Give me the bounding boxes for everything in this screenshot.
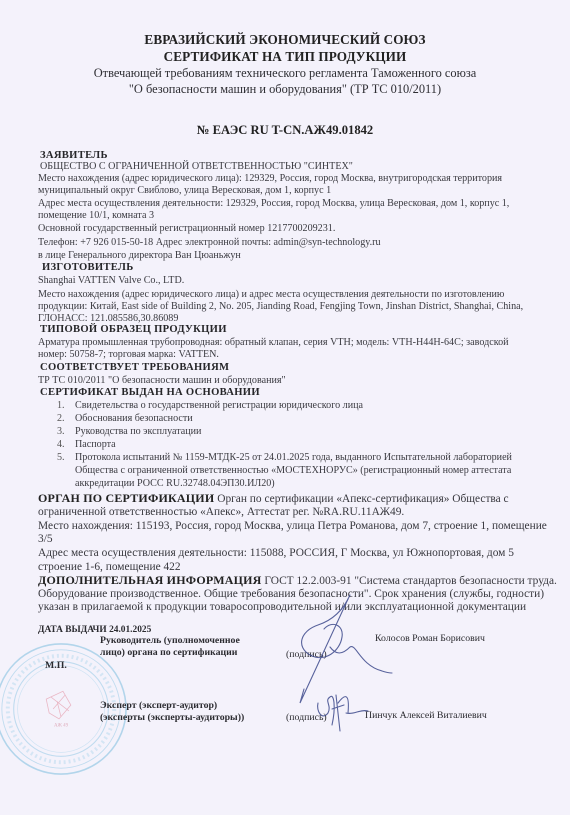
certification-body-line-1: ОРГАН ПО СЕРТИФИКАЦИИ Орган по сертифика…: [38, 492, 509, 506]
applicant-director: в лице Генерального директора Ван Цюаньж…: [38, 250, 241, 262]
svg-text:AЖ 49: AЖ 49: [54, 724, 69, 729]
basis-item-text: Протокола испытаний № 1159-МТДК-25 от 24…: [75, 452, 512, 464]
subtitle-line-2: "О безопасности машин и оборудования" (Т…: [0, 82, 570, 97]
signature-scribble-icon: [270, 585, 430, 745]
basis-item: 1.Свидетельства о государственной регист…: [57, 400, 75, 412]
product-heading: ТИПОВОЙ ОБРАЗЕЦ ПРОДУКЦИИ: [40, 324, 227, 335]
certification-body-activity-1: Адрес места осуществления деятельности: …: [38, 547, 514, 560]
product-line-2: номер: 50758-7; торговая марка: VATTEN.: [38, 349, 219, 361]
basis-item: 5.Протокола испытаний № 1159-МТДК-25 от …: [57, 452, 75, 464]
applicant-contacts: Телефон: +7 926 015-50-18 Адрес электрон…: [38, 237, 381, 249]
compliance-heading: СООТВЕТСТВУЕТ ТРЕБОВАНИЯМ: [40, 362, 229, 373]
applicant-legal-address-2: муниципальный округ Свиблово, улица Вере…: [38, 185, 331, 197]
certification-body-line-2: ограниченной ответственностью «Апекс», А…: [38, 506, 404, 519]
manufacturer-address-1: Место нахождения (адрес юридического лиц…: [38, 289, 504, 301]
basis-item-continuation: аккредитации РОСС RU.32748.04ЭП30.ИЛ20): [57, 478, 75, 490]
applicant-activity-address-1: Адрес места осуществления деятельности: …: [38, 198, 509, 210]
basis-item-number: 2.: [57, 413, 75, 425]
expert-role-line-1: Эксперт (эксперт-аудитор): [100, 700, 217, 712]
manufacturer-heading: ИЗГОТОВИТЕЛЬ: [42, 262, 134, 273]
certificate-title: СЕРТИФИКАТ НА ТИП ПРОДУКЦИИ: [0, 49, 570, 65]
basis-item-text: Обоснования безопасности: [75, 413, 193, 425]
head-role-line-2: лицо) органа по сертификации: [100, 647, 237, 659]
basis-item-continuation: Общества с ограниченной ответственностью…: [57, 465, 75, 477]
applicant-heading: ЗАЯВИТЕЛЬ: [40, 150, 108, 161]
basis-item: 2.Обоснования безопасности: [57, 413, 75, 425]
seal-label: М.П.: [45, 660, 67, 672]
certification-body-heading: ОРГАН ПО СЕРТИФИКАЦИИ: [38, 491, 214, 505]
expert-role-line-2: (эксперты (эксперты-аудиторы)): [100, 712, 244, 724]
basis-item-number: 3.: [57, 426, 75, 438]
basis-item-text: Руководства по эксплуатации: [75, 426, 201, 438]
manufacturer-address-2: продукции: Китай, East side of Building …: [38, 301, 523, 313]
applicant-activity-address-2: помещение 10/1, комната 3: [38, 210, 154, 222]
applicant-legal-address-1: Место нахождения (адрес юридического лиц…: [38, 173, 502, 185]
basis-item: 4.Паспорта: [57, 439, 75, 451]
basis-item-text: аккредитации РОСС RU.32748.04ЭП30.ИЛ20): [75, 478, 275, 490]
basis-heading: СЕРТИФИКАТ ВЫДАН НА ОСНОВАНИИ: [40, 387, 260, 398]
union-title: ЕВРАЗИЙСКИЙ ЭКОНОМИЧЕСКИЙ СОЮЗ: [0, 32, 570, 48]
basis-item-text: Общества с ограниченной ответственностью…: [75, 465, 511, 477]
basis-item: 3.Руководства по эксплуатации: [57, 426, 75, 438]
certification-body-name: Орган по сертификации «Апекс-сертификаци…: [217, 493, 508, 505]
basis-item-text: Свидетельства о государственной регистра…: [75, 400, 363, 412]
certification-body-location-2: 3/5: [38, 533, 53, 546]
certificate-number: № ЕАЭС RU T-CN.АЖ49.01842: [0, 123, 570, 138]
certificate-page: ЕВРАЗИЙСКИЙ ЭКОНОМИЧЕСКИЙ СОЮЗ СЕРТИФИКА…: [0, 0, 570, 815]
basis-item-number: 4.: [57, 439, 75, 451]
applicant-name: ОБЩЕСТВО С ОГРАНИЧЕННОЙ ОТВЕТСТВЕННОСТЬЮ…: [40, 161, 353, 173]
manufacturer-name: Shanghai VATTEN Valve Co., LTD.: [38, 275, 184, 287]
additional-info-heading: ДОПОЛНИТЕЛЬНАЯ ИНФОРМАЦИЯ: [38, 573, 262, 587]
applicant-ogrn: Основной государственный регистрационный…: [38, 223, 335, 235]
product-line-1: Арматура промышленная трубопроводная: об…: [38, 337, 509, 349]
basis-item-text: Паспорта: [75, 439, 116, 451]
basis-item-number: 5.: [57, 452, 75, 464]
basis-item-number: 1.: [57, 400, 75, 412]
head-role-line-1: Руководитель (уполномоченное: [100, 635, 240, 647]
certification-body-location-1: Место нахождения: 115193, Россия, город …: [38, 520, 547, 533]
subtitle-line-1: Отвечающей требованиям технического регл…: [0, 66, 570, 81]
compliance-text: ТР ТС 010/2011 "О безопасности машин и о…: [38, 375, 286, 387]
